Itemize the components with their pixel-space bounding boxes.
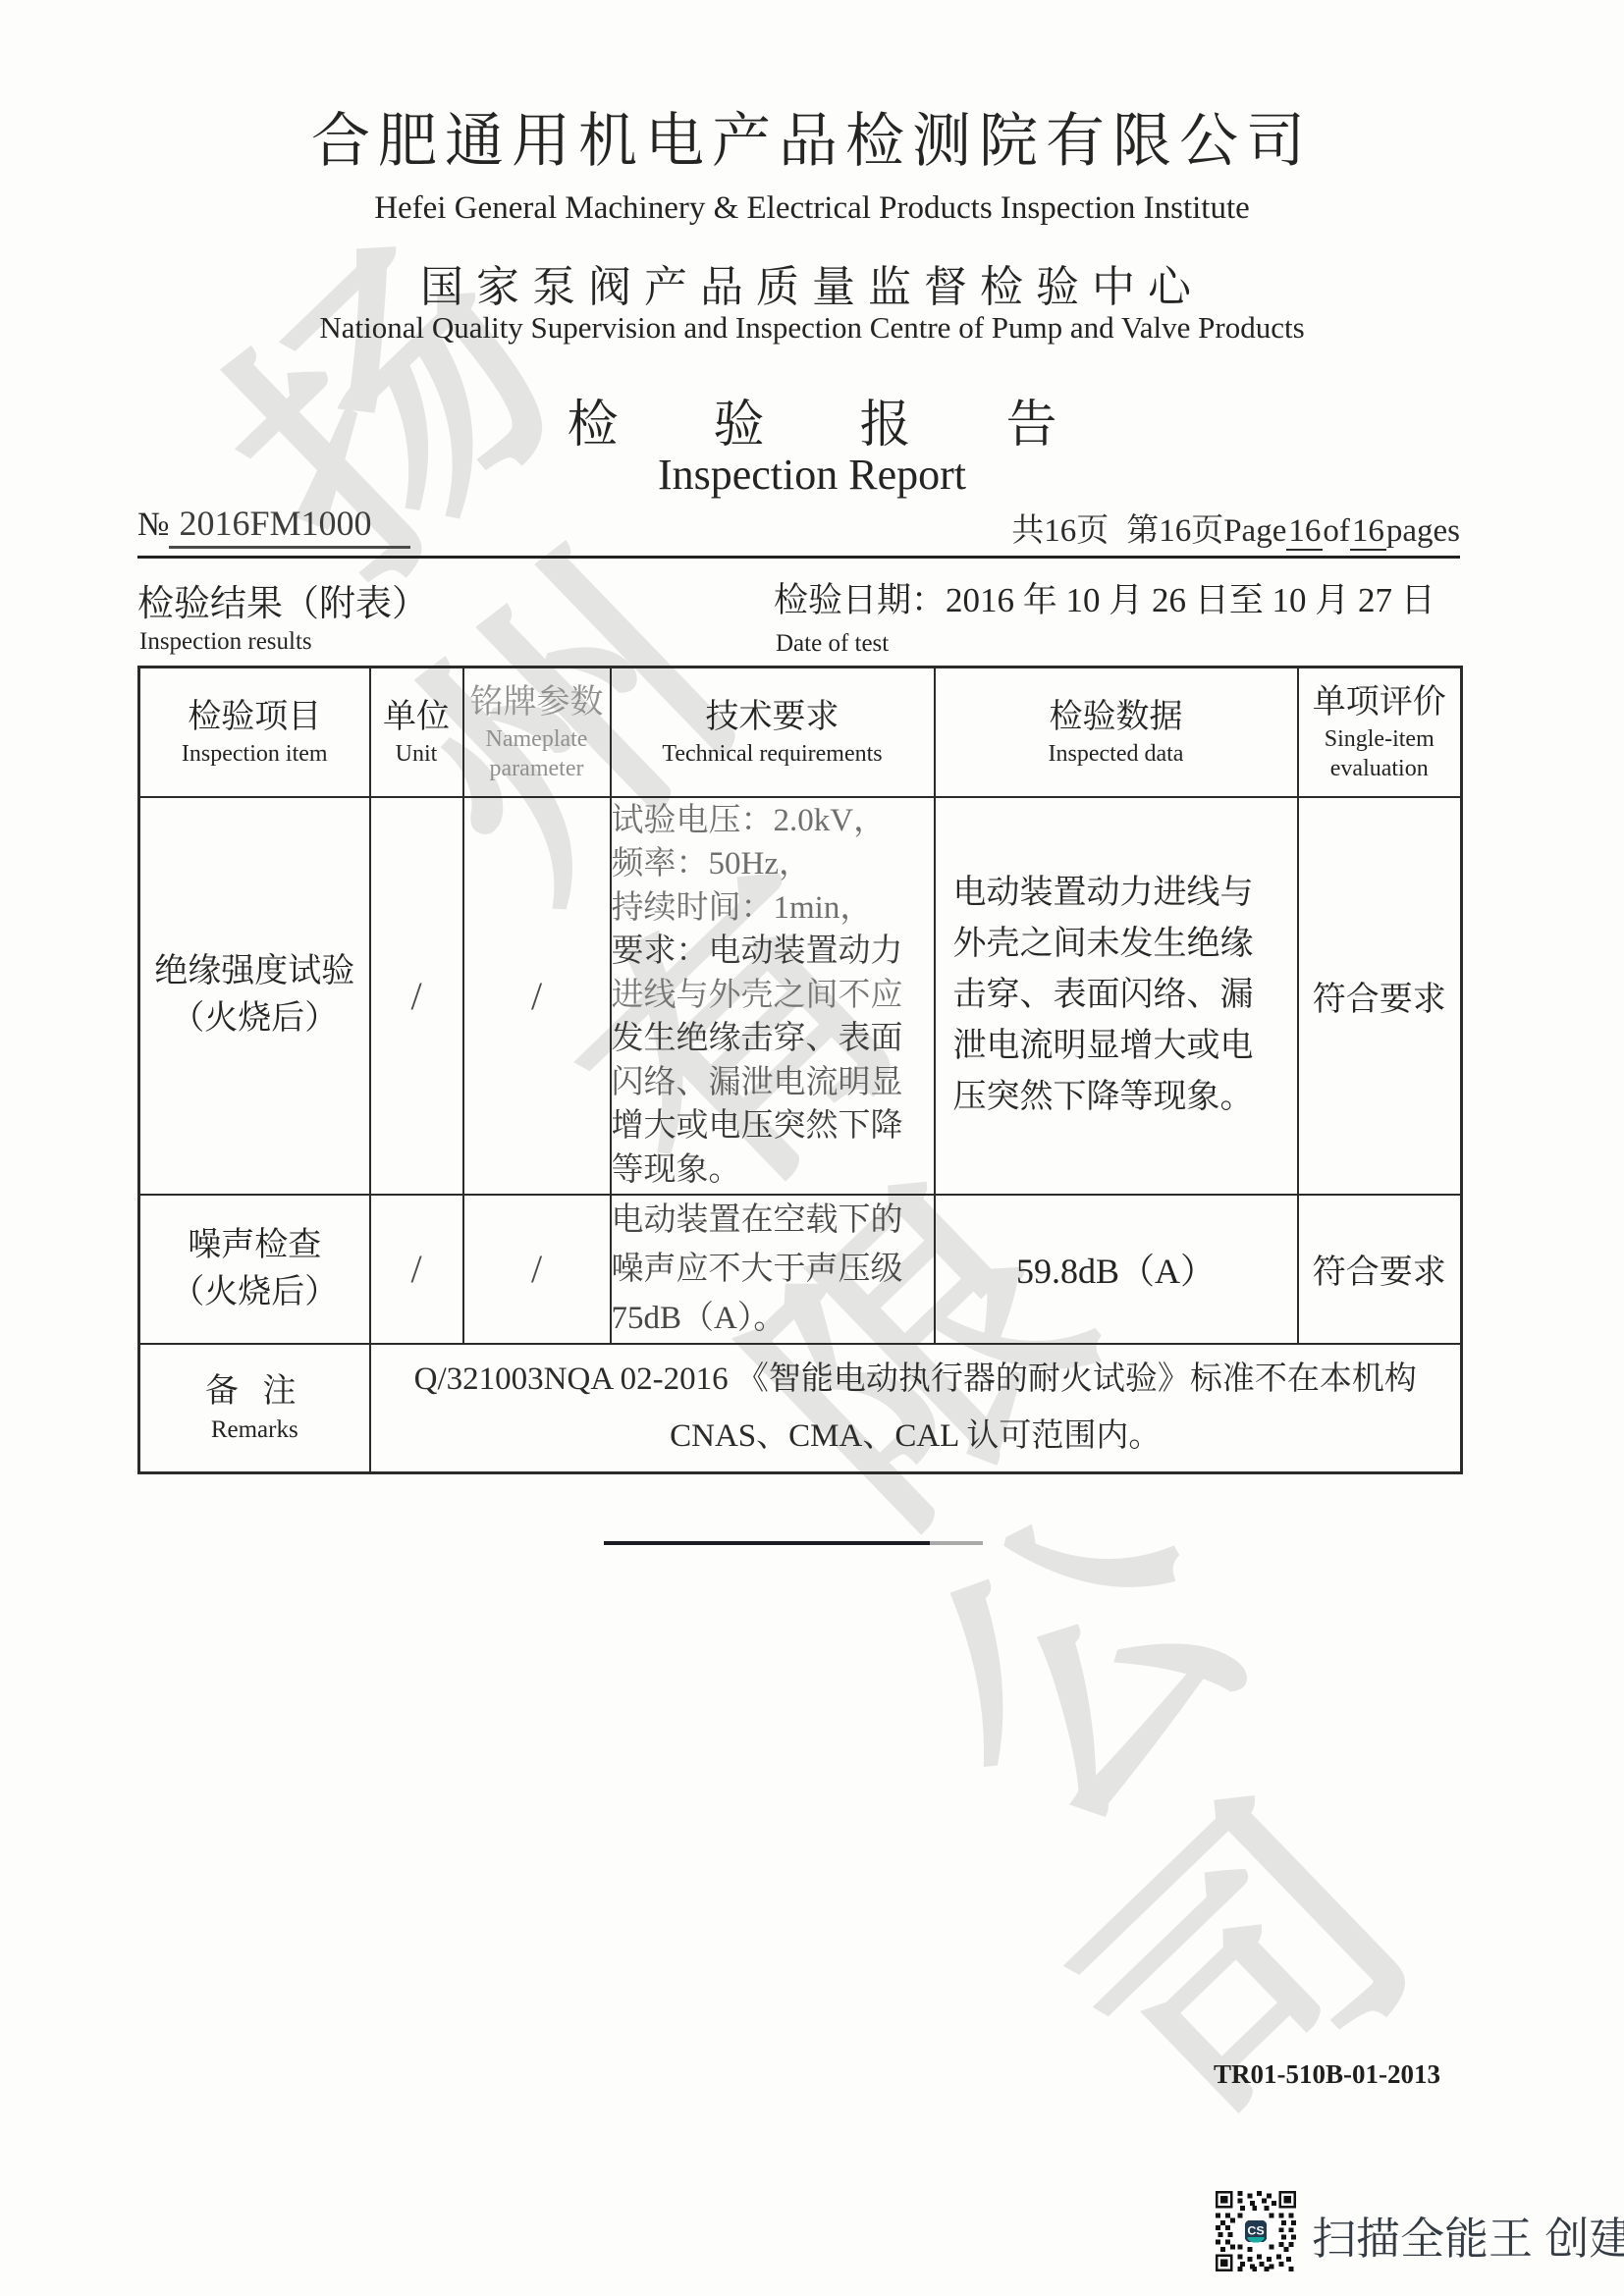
date-label-cn: 检验日期： (774, 581, 946, 619)
report-title-cn: 检 验 报 告 (0, 383, 1624, 456)
cell-inspected-data: 电动装置动力进线与外壳之间未发生绝缘击穿、表面闪络、漏泄电流明显增大或电压突然下… (935, 797, 1298, 1195)
header-cn: 检验数据 (936, 696, 1297, 739)
form-code: TR01-510B-01-2013 (1214, 2059, 1440, 2090)
date-label-en: Date of test (776, 630, 889, 658)
text-line: 进线与外壳之间不应 (612, 974, 934, 1018)
text-line: 75dB（A）。 (612, 1294, 934, 1343)
table-row-insulation-test: 绝缘强度试验（火烧后） / / 试验电压：2.0kV，频率：50Hz，持续时间：… (139, 797, 1462, 1195)
text-line: 电动装置在空载下的 (612, 1196, 934, 1245)
text-line: 外壳之间未发生绝缘 (953, 919, 1297, 970)
text-line: 试验电压：2.0kV， (612, 799, 934, 843)
text-line: CNAS、CMA、CAL 认可范围内。 (371, 1408, 1461, 1465)
text-line: 增大或电压突然下降 (612, 1104, 934, 1148)
qr-code-icon: CS (1216, 2191, 1296, 2271)
text-line: 击穿、表面闪络、漏 (953, 970, 1297, 1021)
cell-evaluation: 符合要求 (1298, 1195, 1462, 1344)
of-word: of (1323, 513, 1350, 549)
header-cn: 检验项目 (140, 696, 369, 739)
national-center-name-cn: 国家泵阀产品质量监督检验中心 (0, 251, 1624, 314)
table-row-remarks: 备 注 Remarks Q/321003NQA 02-2016 《智能电动执行器… (139, 1344, 1462, 1473)
text-line: 持续时间：1min， (612, 886, 934, 931)
page-current-number: 16 (1286, 513, 1323, 551)
header-en: Inspection item (140, 739, 369, 769)
page-word: Page (1223, 513, 1286, 549)
text-line: （火烧后） (140, 1269, 369, 1316)
remarks-label-en: Remarks (140, 1415, 369, 1446)
watermark-char: 公 (877, 1456, 1293, 1872)
watermark-char: 司 (1039, 1765, 1455, 2181)
cell-evaluation: 符合要求 (1298, 797, 1462, 1195)
pages-word: pages (1386, 513, 1460, 549)
header-cn: 单位 (371, 696, 462, 739)
test-date-line: 检验日期：2016 年 10 月 26 日至 10 月 27 日 (774, 573, 1435, 622)
header-cn: 单项评价 (1299, 681, 1461, 724)
header-single-item-evaluation: 单项评价 Single-item evaluation (1298, 667, 1462, 797)
cell-remarks-label: 备 注 Remarks (139, 1344, 370, 1473)
signature-line (604, 1541, 983, 1545)
pages-total-cn: 共16页 (1011, 513, 1109, 549)
header-inspection-item: 检验项目 Inspection item (139, 667, 370, 797)
page-info: 共16页第16页Page16of16pages (1011, 505, 1460, 551)
institute-name-en: Hefei General Machinery & Electrical Pro… (0, 190, 1624, 227)
horizontal-rule (137, 556, 1460, 559)
cell-remarks-content: Q/321003NQA 02-2016 《智能电动执行器的耐火试验》标准不在本机… (370, 1344, 1462, 1473)
cell-nameplate: / (463, 797, 611, 1195)
header-en: Nameplate parameter (464, 724, 610, 783)
header-en: Technical requirements (612, 739, 934, 769)
cell-inspection-item: 噪声检查（火烧后） (139, 1195, 370, 1344)
text-line: 要求：电动装置动力 (612, 930, 934, 974)
cell-nameplate: / (463, 1195, 611, 1344)
table-row-noise-check: 噪声检查（火烧后） / / 电动装置在空载下的噪声应不大于声压级75dB（A）。… (139, 1195, 1462, 1344)
text-line: 泄电流明显增大或电 (953, 1021, 1297, 1072)
cell-unit: / (370, 1195, 463, 1344)
page-total-number: 16 (1350, 513, 1386, 551)
header-cn: 技术要求 (612, 696, 934, 739)
cell-inspected-data: 59.8dB（A） (935, 1195, 1298, 1344)
table-header-row: 检验项目 Inspection item 单位 Unit 铭牌参数 Namepl… (139, 667, 1462, 797)
text-line: Q/321003NQA 02-2016 《智能电动执行器的耐火试验》标准不在本机… (371, 1351, 1461, 1408)
header-nameplate-parameter: 铭牌参数 Nameplate parameter (463, 667, 611, 797)
header-en: Inspected data (936, 739, 1297, 769)
qr-logo-text: CS (1247, 2224, 1264, 2238)
report-title-en: Inspection Report (0, 450, 1624, 500)
header-unit: 单位 Unit (370, 667, 463, 797)
cell-inspection-item: 绝缘强度试验（火烧后） (139, 797, 370, 1195)
scanner-app-caption: 扫描全能王 创建 (1312, 2203, 1624, 2267)
report-number-line: №2016FM1000 (137, 503, 410, 549)
header-en: Single-item evaluation (1299, 724, 1461, 783)
no-symbol: № (137, 507, 169, 543)
header-cn: 铭牌参数 (464, 681, 610, 724)
text-line: 等现象。 (612, 1148, 934, 1193)
date-value: 2016 年 10 月 26 日至 10 月 27 日 (946, 581, 1435, 619)
text-line: （火烧后） (140, 995, 369, 1042)
report-number-value: 2016FM1000 (169, 503, 410, 549)
text-line: 发生绝缘击穿、表面 (612, 1017, 934, 1061)
national-center-name-en: National Quality Supervision and Inspect… (0, 310, 1624, 346)
header-inspected-data: 检验数据 Inspected data (935, 667, 1298, 797)
scanned-inspection-report-page: 扬 州 有 限 公 司 合肥通用机电产品检测院有限公司 Hefei Genera… (0, 0, 1624, 2296)
inspection-results-table: 检验项目 Inspection item 单位 Unit 铭牌参数 Namepl… (137, 666, 1463, 1474)
cell-unit: / (370, 797, 463, 1195)
text-line: 电动装置动力进线与 (953, 868, 1297, 919)
results-label-en: Inspection results (139, 628, 312, 656)
header-technical-requirements: 技术要求 Technical requirements (611, 667, 935, 797)
page-current-cn: 第16页 (1126, 513, 1223, 549)
text-line: 频率：50Hz， (612, 842, 934, 886)
cell-technical-requirements: 电动装置在空载下的噪声应不大于声压级75dB（A）。 (611, 1195, 935, 1344)
institute-name-cn: 合肥通用机电产品检测院有限公司 (0, 94, 1624, 179)
header-en: Unit (371, 739, 462, 769)
text-line: 噪声检查 (140, 1222, 369, 1269)
remarks-label-cn: 备 注 (140, 1369, 369, 1415)
text-line: 绝缘强度试验 (140, 948, 369, 995)
cell-technical-requirements: 试验电压：2.0kV，频率：50Hz，持续时间：1min，要求：电动装置动力进线… (611, 797, 935, 1195)
text-line: 噪声应不大于声压级 (612, 1245, 934, 1294)
results-label-cn: 检验结果（附表） (137, 573, 428, 626)
text-line: 压突然下降等现象。 (953, 1072, 1297, 1123)
text-line: 闪络、漏泄电流明显 (612, 1061, 934, 1105)
